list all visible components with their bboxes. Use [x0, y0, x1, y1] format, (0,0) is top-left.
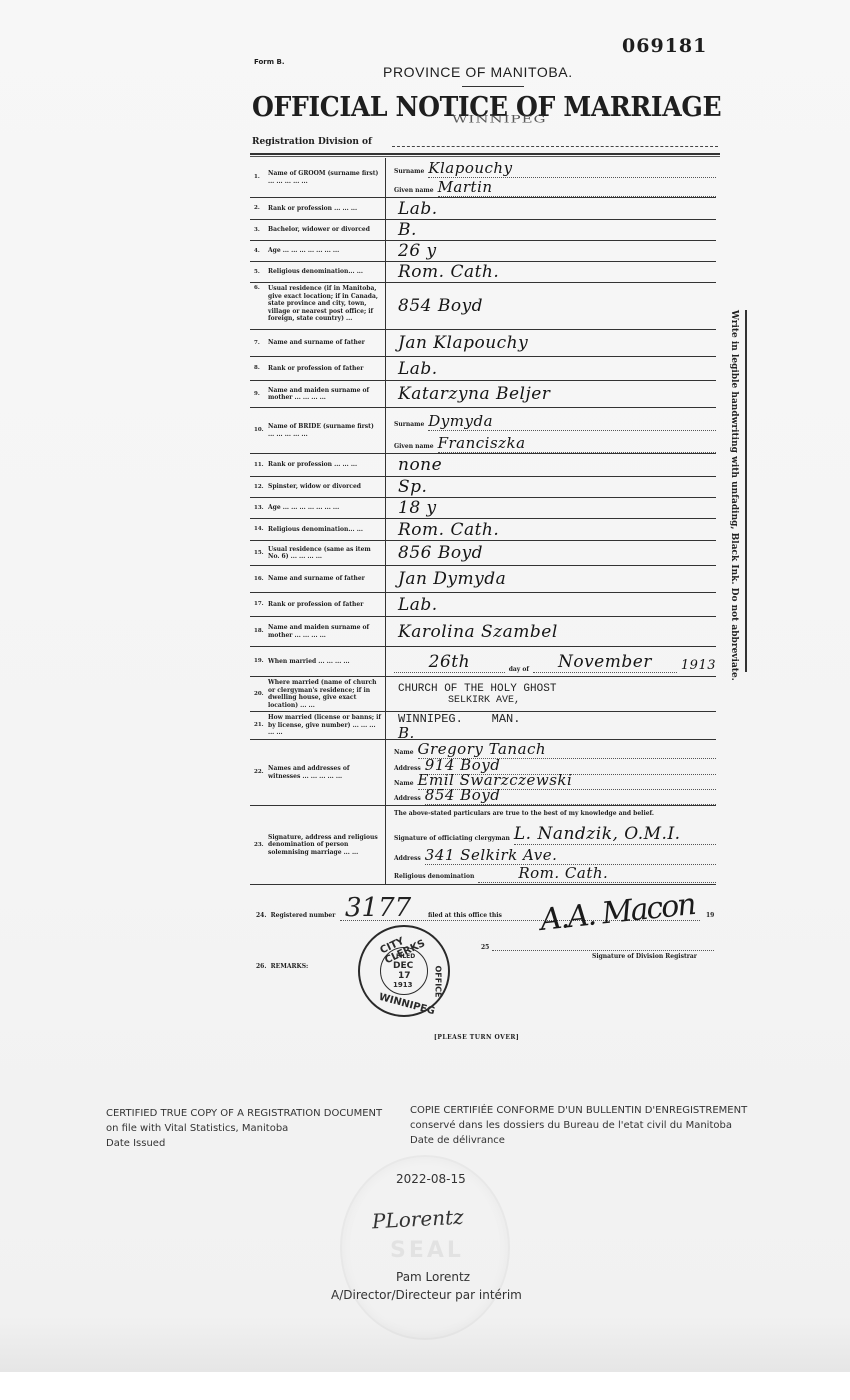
serial-number: 069181: [622, 35, 707, 57]
officiant-address: Address341 Selkirk Ave.: [386, 845, 716, 865]
document-page: 069181 Form B. PROVINCE OF MANITOBA. OFF…: [0, 0, 850, 1372]
row-bride-religion: 14.Religious denomination... ... Rom. Ca…: [250, 519, 716, 541]
bride-surname-field: SurnameDymyda: [386, 408, 716, 431]
row-groom-age: 4.Age ... ... ... ... ... ... ... 26 y: [250, 241, 716, 262]
row-marriage-how: 21.How married (license or banns; if by …: [250, 712, 716, 740]
row-bride-mother: 18.Name and maiden surname of mother ...…: [250, 617, 716, 647]
director-title: A/Director/Directeur par intérim: [331, 1288, 522, 1302]
row-bride-name: 10.Name of BRIDE (surname first) ... ...…: [250, 408, 716, 454]
row-bride-profession: 11.Rank or profession ... ... ... none: [250, 454, 716, 477]
row-groom-father: 7.Name and surname of father Jan Klapouc…: [250, 330, 716, 357]
side-instruction: Write in legible handwriting with unfadi…: [729, 310, 743, 690]
registered-number: 3177: [345, 893, 411, 923]
director-name: Pam Lorentz: [396, 1270, 470, 1284]
registration-division-line: [392, 146, 718, 147]
row-marriage-place: 20.Where married (name of church or cler…: [250, 677, 716, 712]
row-groom-religion: 5.Religious denomination... ... Rom. Cat…: [250, 262, 716, 283]
row-groom-profession: 2.Rank or profession ... ... ... Lab.: [250, 198, 716, 220]
form-label: Form B.: [254, 58, 285, 66]
row-groom-residence: 6.Usual residence (if in Manitoba, give …: [250, 283, 716, 330]
registrar-signature: A.A. Macon: [539, 887, 697, 938]
witness-2-address: Address854 Boyd: [386, 790, 716, 805]
groom-surname-field: SurnameKlapouchy: [386, 158, 716, 178]
row-bride-father: 16.Name and surname of father Jan Dymyda: [250, 566, 716, 593]
row-bride-father-profession: 17.Rank or profession of father Lab.: [250, 593, 716, 617]
seal-text: SEAL: [390, 1238, 464, 1263]
row-witnesses: 22.Names and addresses of witnesses ... …: [250, 740, 716, 806]
filed-year-prefix: 19: [706, 912, 714, 919]
certification-french: COPIE CERTIFIÉE CONFORME D'UN BULLENTIN …: [410, 1103, 747, 1148]
marriage-form-table: 1.Name of GROOM (surname first) ... ... …: [250, 158, 716, 885]
certification-english: CERTIFIED TRUE COPY OF A REGISTRATION DO…: [106, 1106, 382, 1151]
groom-given-name-field: Given nameMartin: [386, 178, 716, 198]
officiant-religion: Religious denominationRom. Cath.: [386, 865, 716, 883]
margin-rule: [745, 310, 747, 672]
row-groom-status: 3.Bachelor, widower or divorced B.: [250, 220, 716, 241]
remarks-label: 26. REMARKS:: [256, 963, 308, 970]
row-groom-father-profession: 8.Rank or profession of father Lab.: [250, 357, 716, 381]
registered-number-label: 24. Registered number: [256, 912, 335, 919]
city-clerks-stamp: CITY CLERKS OFFICE WINNIPEG FILED DEC 17…: [358, 925, 450, 1017]
row-marriage-date: 19.When married ... ... ... ... 26th day…: [250, 647, 716, 677]
registration-division-label: Registration Division of: [252, 137, 372, 147]
province-heading: PROVINCE OF MANITOBA.: [383, 64, 573, 80]
director-signature: PLorentz: [371, 1205, 464, 1234]
registrar-signature-line: [492, 950, 714, 951]
registrar-label: Signature of Division Registrar: [592, 953, 697, 960]
header-rule: [250, 153, 720, 157]
row-bride-age: 13.Age ... ... ... ... ... ... ... 18 y: [250, 498, 716, 519]
item-25-number: 25: [481, 944, 489, 951]
date-issued: 2022-08-15: [396, 1172, 466, 1186]
row-bride-status: 12.Spinster, widow or divorced Sp.: [250, 477, 716, 498]
turn-over-note: [PLEASE TURN OVER]: [434, 1034, 519, 1041]
bride-given-name-field: Given nameFranciszka: [386, 431, 716, 454]
heading-rule: [462, 86, 524, 87]
attestation-text: The above-stated particulars are true to…: [386, 810, 716, 824]
division-stamp: WINNIPEG: [452, 113, 547, 126]
officiant-signature: Signature of officiating clergymanL. Nan…: [386, 824, 716, 845]
row-officiant: 23.Signature, address and religious deno…: [250, 806, 716, 885]
row-groom-name: 1.Name of GROOM (surname first) ... ... …: [250, 158, 716, 198]
row-groom-mother: 9.Name and maiden surname of mother ... …: [250, 381, 716, 408]
row-bride-residence: 15.Usual residence (same as item No. 6) …: [250, 541, 716, 566]
